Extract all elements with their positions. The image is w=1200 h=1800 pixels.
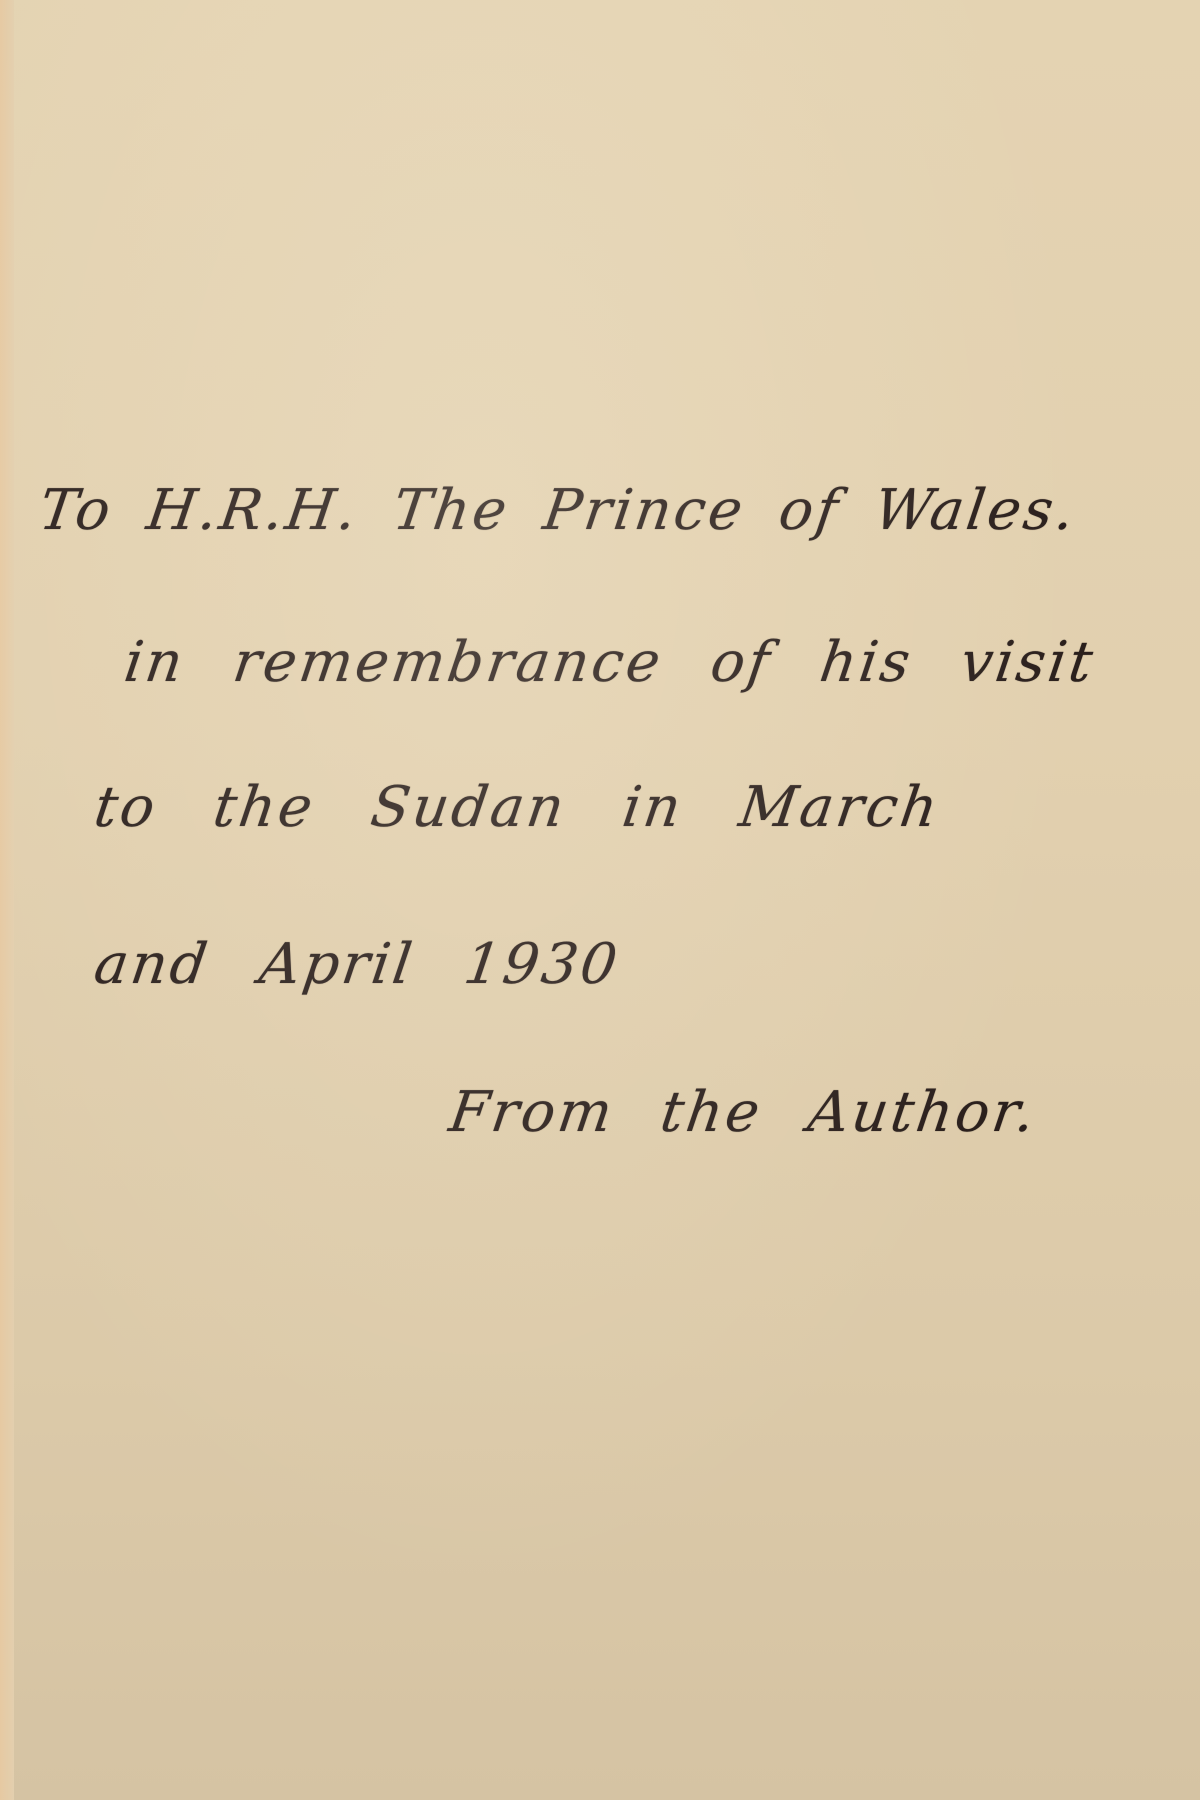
book-page: To H.R.H. The Prince of Wales. in rememb… [0,0,1200,1800]
inscription-line-remembrance: in remembrance of his visit [120,630,1099,695]
inscription-line-date: and April 1930 [90,932,623,997]
inscription-line-visit: to the Sudan in March [90,775,944,840]
inscription-signature: From the Author. [445,1080,1041,1145]
handwritten-inscription: To H.R.H. The Prince of Wales. in rememb… [0,0,1200,1800]
inscription-line-dedication: To H.R.H. The Prince of Wales. [35,478,1081,543]
